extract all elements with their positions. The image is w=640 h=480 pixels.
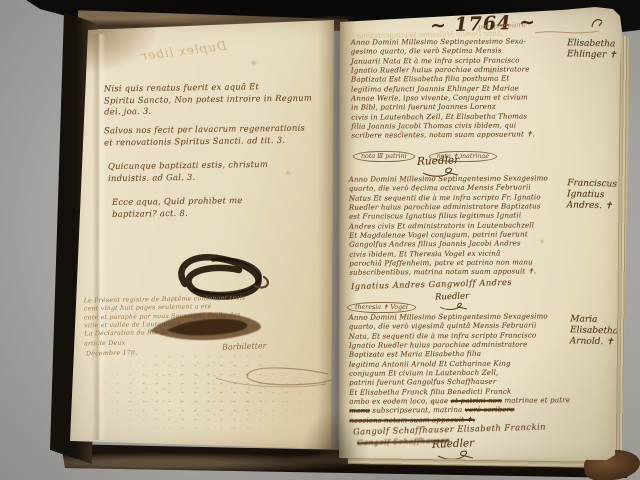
right-page: ~ 1764 ~ pag premiere Anno Domini Milles… [337, 7, 624, 464]
signature-paraph [436, 451, 474, 460]
margin-line: Ehlinger ✝ [567, 49, 623, 61]
corner-mark [589, 17, 605, 29]
baptism-entry-2: Anno Domini Millesimo Septingentesimo Se… [349, 173, 549, 277]
patrini-mark-note: nota Ⅲ patrini [353, 151, 415, 162]
scripture-quote-titus: Salvos nos fecit per lavacrum regenerati… [104, 123, 305, 149]
priest-signature-3: Ruedler [432, 437, 475, 450]
foxing-spot [285, 170, 291, 175]
entry-line: Gangolfus Andres filius Joannis Jacobi A… [349, 239, 548, 250]
margin-name-2: Franciscus Ignatius Andres. ✝ [567, 178, 624, 212]
entry-line: scribere nescientes, notam suam apposuer… [351, 130, 535, 141]
foxing-spot [250, 60, 258, 66]
struck-text: verò scribere [465, 405, 515, 414]
baptism-entry-3: Anno Domini Millesimo Septingentesimo Se… [349, 311, 571, 425]
entry-text: matrinae et patre [502, 395, 570, 404]
signature-paraph [438, 303, 468, 311]
struck-text: manu [349, 406, 370, 415]
quote-line: dei. joa. 3. [104, 104, 312, 118]
quote-line: baptizari? act. 8. [112, 207, 243, 220]
margin-name-1: Elisabetha Ehlinger ✝ [567, 38, 624, 61]
bleedthrough-speckles [98, 352, 314, 438]
matrinae-mark-note: theresia ✝ Vogel [347, 302, 416, 313]
annotation-article-line: article Deux [84, 340, 125, 349]
entry-text: subscripserunt, matrina [370, 405, 465, 415]
quote-line: Ecce aqua, Quid prohibet me [112, 195, 243, 208]
quote-line: Quicunque baptizati estis, christum [108, 159, 268, 173]
manuscript-photo: Duplex liber Nisi quis renatus fuerit ex… [0, 0, 640, 480]
priest-signature-1: Ruedler [417, 154, 460, 167]
scripture-quote-john: Nisi quis renatus fuerit ex aquâ Et Spir… [104, 81, 312, 119]
entry-text: ambo ex eodem loco, quae [349, 396, 451, 406]
ink-smear-stain [145, 306, 271, 352]
quote-line: et renovationis Spiritus Sancti. ad tit.… [104, 134, 305, 148]
mark-notes-2: theresia ✝ Vogel [347, 294, 425, 313]
priest-signature-2: Ruedler [435, 291, 470, 302]
margin-line: Andres. ✝ [567, 200, 623, 212]
witness-signatures-2: Ignatius Andres Gangwolff Andres [351, 277, 512, 291]
quote-line: induistis. ad Gal. 3. [108, 170, 268, 184]
left-page: Duplex liber Nisi quis renatus fuerit ex… [70, 20, 335, 450]
scripture-quote-galatians: Quicunque baptizati estis, christum indu… [108, 159, 268, 184]
struck-text: et patrini non [451, 396, 502, 405]
entry-line: subscribentibus, matrina notam suam appo… [349, 267, 548, 278]
scripture-quote-acts: Ecce aqua, Quid prohibet me baptizari? a… [112, 195, 243, 220]
baptism-entry-1: Anno Domini Millesimo Septingentesimo Se… [351, 36, 535, 140]
